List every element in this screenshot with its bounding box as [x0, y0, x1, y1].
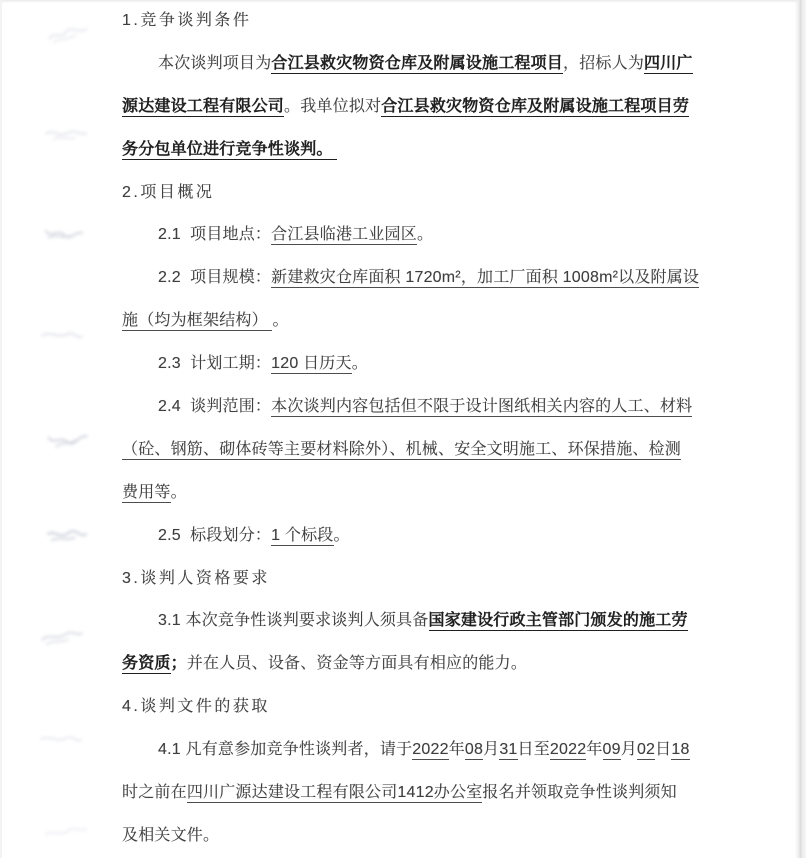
text-span: 4.1 凡有意参加竞争性谈判者，请于: [158, 741, 412, 758]
text-span: 合江县救灾物资仓库及附属设施工程项目: [271, 55, 563, 74]
text-span: 08: [465, 741, 483, 760]
text-span: 。: [334, 527, 350, 544]
text-span: ，招标人为: [563, 55, 644, 72]
text-span: 源达建设工程有限公司: [122, 98, 284, 117]
text-span: 本次谈判项目为: [158, 55, 271, 72]
text-span: 本次谈判内容包括但不限于设计图纸相关内容的人工、材料: [271, 398, 692, 417]
text-span: 02: [637, 741, 655, 760]
text-span: 18: [671, 741, 689, 760]
doc-line: 2.3 计划工期：120 日历天。: [0, 343, 806, 386]
text-span: 2.3 计划工期：: [158, 355, 271, 372]
text-span: 合江县临港工业园区: [271, 226, 417, 245]
text-span: 3.1 本次竞争性谈判要求谈判人须具备: [158, 612, 429, 629]
text-span: 1.竞争谈判条件: [122, 12, 251, 29]
text-span: 年: [449, 741, 465, 758]
text-span: 四川广源达建设工程有限公司1412办公室: [187, 784, 483, 803]
doc-line: 本次谈判项目为合江县救灾物资仓库及附属设施工程项目，招标人为四川广: [0, 43, 806, 86]
scan-edge-right: [790, 0, 806, 858]
text-span: 日至: [518, 741, 550, 758]
text-span: 2.4 谈判范围：: [158, 398, 271, 415]
doc-line: 施（均为框架结构） 。: [0, 300, 806, 343]
doc-line: 2.5 标段划分：1 个标段。: [0, 515, 806, 558]
text-span: 年: [586, 741, 602, 758]
scanned-document-page: 1.竞争谈判条件本次谈判项目为合江县救灾物资仓库及附属设施工程项目，招标人为四川…: [0, 0, 806, 858]
text-span: 2.项目概况: [122, 184, 214, 201]
text-span: 2.1 项目地点：: [158, 226, 271, 243]
text-span: 。我单位拟对: [284, 98, 381, 115]
doc-line: 2.1 项目地点：合江县临港工业园区。: [0, 214, 806, 257]
text-span: 。: [352, 355, 368, 372]
doc-line: 源达建设工程有限公司。我单位拟对合江县救灾物资仓库及附属设施工程项目劳: [0, 86, 806, 129]
text-span: 31: [499, 741, 517, 760]
text-span: 2.5 标段划分：: [158, 527, 271, 544]
doc-heading-line: 2.项目概况: [0, 172, 806, 215]
doc-heading-line: 3.谈判人资格要求: [0, 558, 806, 601]
text-span: 时之前在: [122, 784, 187, 801]
text-span: 日: [655, 741, 671, 758]
text-span: 四川广: [644, 55, 693, 74]
text-span: 新建救灾仓库面积 1720m²，加工厂面积 1008m²以及附属设: [271, 269, 699, 288]
text-span: 。: [171, 484, 187, 501]
doc-line: 4.1 凡有意参加竞争性谈判者，请于2022年08月31日至2022年09月02…: [0, 729, 806, 772]
text-span: 国家建设行政主管部门颁发的施工劳: [429, 612, 688, 631]
text-span: 合江县救灾物资仓库及附属设施工程项目劳: [381, 98, 689, 117]
document-text: 1.竞争谈判条件本次谈判项目为合江县救灾物资仓库及附属设施工程项目，招标人为四川…: [0, 0, 806, 858]
doc-line: 2.2 项目规模：新建救灾仓库面积 1720m²，加工厂面积 1008m²以及附…: [0, 257, 806, 300]
doc-heading-line: 4.谈判文件的获取: [0, 686, 806, 729]
text-span: 。: [417, 226, 433, 243]
doc-line: 3.1 本次竞争性谈判要求谈判人须具备国家建设行政主管部门颁发的施工劳: [0, 600, 806, 643]
text-span: 报名并领取竞争性谈判须知: [482, 784, 676, 801]
doc-line: 及相关文件。: [0, 815, 806, 858]
text-span: 2.2 项目规模：: [158, 269, 271, 286]
text-span: 施（均为框架结构）: [122, 312, 272, 331]
scan-edge-top: [0, 0, 806, 3]
text-span: 及相关文件。: [122, 827, 219, 844]
text-span: 务资质: [122, 655, 171, 674]
text-span: 120 日历天: [271, 355, 352, 374]
text-span: 务分包单位进行竞争性谈判。: [122, 141, 337, 160]
text-span: 4.谈判文件的获取: [122, 698, 270, 715]
text-span: （砼、钢筋、砌体砖等主要材料除外）、机械、安全文明施工、环保措施、检测: [122, 441, 681, 460]
doc-line: （砼、钢筋、砌体砖等主要材料除外）、机械、安全文明施工、环保措施、检测: [0, 429, 806, 472]
doc-line: 费用等。: [0, 472, 806, 515]
text-span: 2022: [412, 741, 448, 760]
text-span: 并在人员、设备、资金等方面具有相应的能力。: [187, 655, 527, 672]
doc-heading-line: 1.竞争谈判条件: [0, 0, 806, 43]
text-span: 月: [621, 741, 637, 758]
doc-line: 时之前在四川广源达建设工程有限公司1412办公室报名并领取竞争性谈判须知: [0, 772, 806, 815]
doc-line: 务分包单位进行竞争性谈判。: [0, 129, 806, 172]
text-span: ；: [171, 655, 187, 672]
doc-line: 2.4 谈判范围：本次谈判内容包括但不限于设计图纸相关内容的人工、材料: [0, 386, 806, 429]
text-span: 09: [603, 741, 621, 760]
text-span: 3.谈判人资格要求: [122, 570, 270, 587]
doc-line: 务资质；并在人员、设备、资金等方面具有相应的能力。: [0, 643, 806, 686]
text-span: 。: [272, 312, 288, 329]
text-span: 月: [483, 741, 499, 758]
text-span: 1 个标段: [271, 527, 333, 546]
text-span: 费用等: [122, 484, 171, 503]
text-span: 2022: [550, 741, 586, 760]
scan-edge-left: [0, 0, 2, 858]
